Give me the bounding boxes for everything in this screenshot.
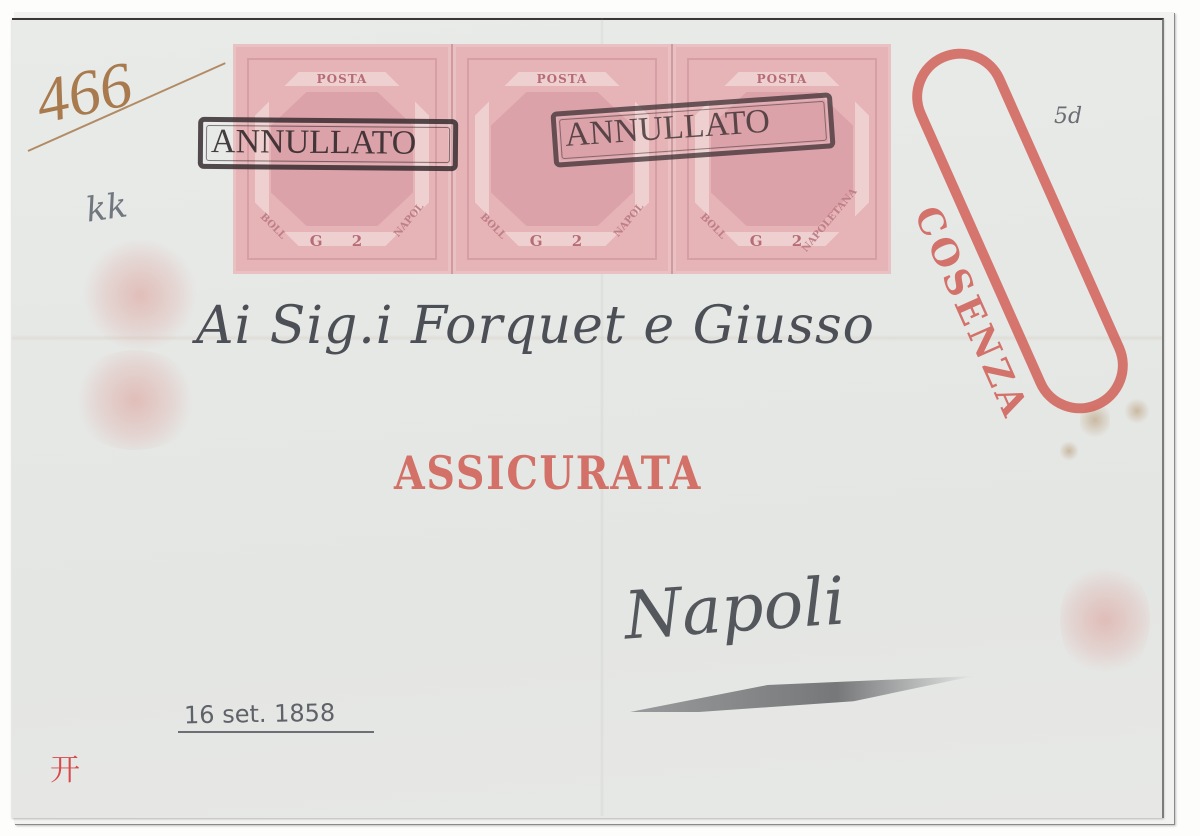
stamp-top-text: POSTA <box>673 72 891 86</box>
expert-signature-mark: 开 <box>50 756 80 786</box>
red-speckle-smudge <box>70 350 200 450</box>
date-underline <box>178 731 374 733</box>
stamp-top-text: POSTA <box>453 72 671 86</box>
stamp-top-text: POSTA <box>233 72 451 86</box>
red-speckle-smudge <box>1060 560 1150 680</box>
annullato-cancel: ANNULLATO <box>198 117 458 171</box>
pencil-note-price: 5d <box>1054 104 1082 129</box>
stamp-value: G 2 <box>453 232 671 250</box>
red-speckle-smudge <box>80 240 200 350</box>
assicurata-handstamp: ASSICURATA <box>394 446 702 500</box>
pencil-date-note: 16 set. 1858 <box>184 699 336 730</box>
addressee-line: Ai Sig.i Forquet e Giusso <box>196 296 875 356</box>
destination-city: Napoli <box>622 562 848 654</box>
stamp-value: G 2 <box>233 232 451 250</box>
foxing-stain <box>1060 440 1078 462</box>
pencil-note: kk <box>83 185 129 230</box>
stamp: POSTA BOLL NAPOLETANA G 2 <box>673 44 891 274</box>
stamp-value: G 2 <box>673 232 891 250</box>
foxing-stain <box>1124 398 1150 424</box>
